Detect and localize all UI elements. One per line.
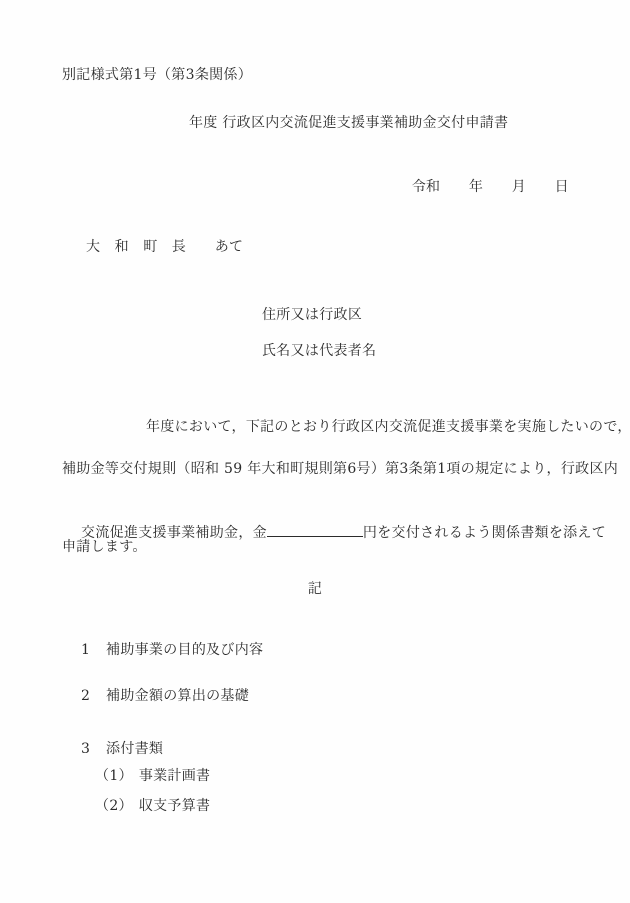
attachment-item-2: （2）収支予算書 <box>76 777 210 836</box>
amount-text-after: 円を交付されるよう関係書類を添えて <box>363 525 606 541</box>
attachment-item-2-number: （2） <box>95 797 133 817</box>
body-paragraph-line-2: 補助金等交付規則（昭和 59 年大和町規則第6号）第3条第1項の規定により，行政… <box>62 460 618 480</box>
attachment-item-2-label: 収支予算書 <box>139 798 211 814</box>
address-or-district-label: 住所又は行政区 <box>262 306 362 326</box>
list-item-2-label: 補助金額の算出の基礎 <box>106 688 249 704</box>
list-item-1-number: 1 <box>81 641 106 661</box>
record-heading: 記 <box>0 580 630 600</box>
date-line: 令和 年 月 日 <box>412 178 569 198</box>
addressee-line: 大 和 町 長 あて <box>86 238 243 258</box>
name-or-representative-label: 氏名又は代表者名 <box>262 342 376 362</box>
page-title: 年度 行政区内交流促進支援事業補助金交付申請書 <box>189 114 508 134</box>
list-item-1-label: 補助事業の目的及び内容 <box>106 642 263 658</box>
form-number: 別記様式第1号（第3条関係） <box>62 66 252 86</box>
list-item-2-number: 2 <box>81 687 106 707</box>
body-paragraph-line-4: 申請します。 <box>62 538 147 558</box>
document-page: 別記様式第1号（第3条関係） 年度 行政区内交流促進支援事業補助金交付申請書 令… <box>0 0 630 903</box>
list-item-2: 2補助金額の算出の基礎 <box>62 667 249 726</box>
amount-blank <box>267 522 363 537</box>
body-paragraph-line-1: 年度において，下記のとおり行政区内交流促進支援事業を実施したいので， <box>146 418 630 438</box>
